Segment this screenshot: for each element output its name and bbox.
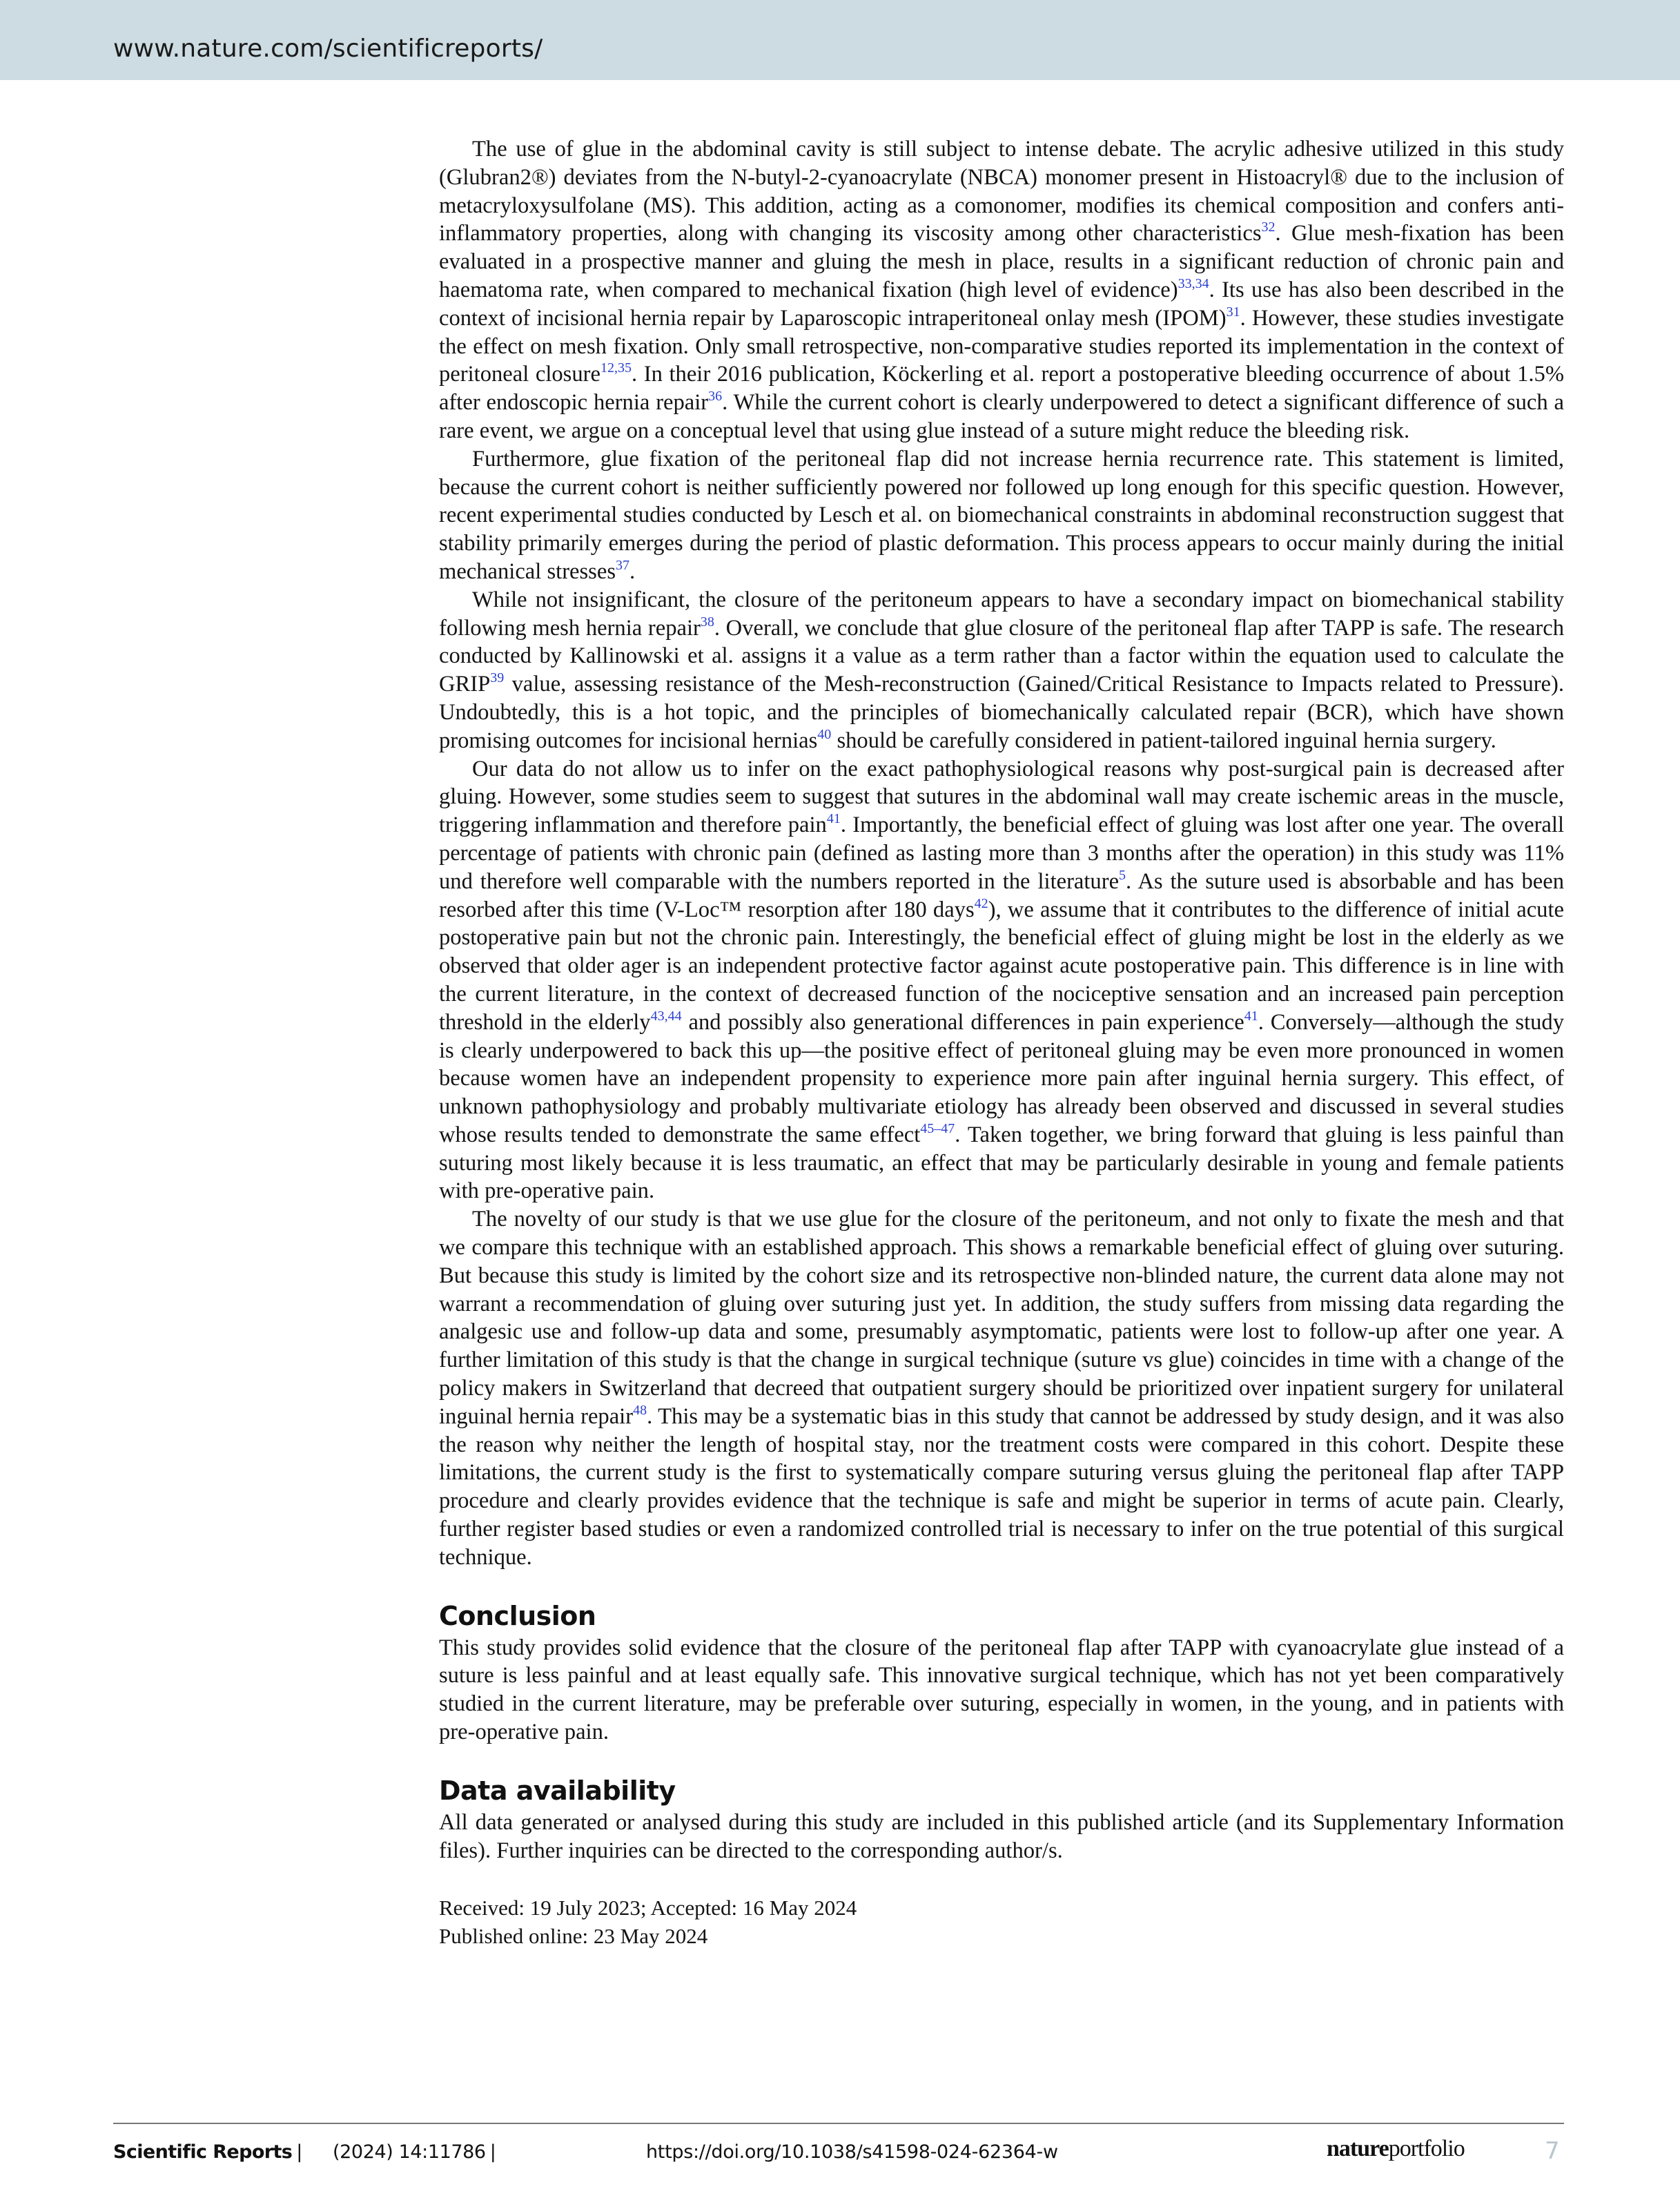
citation-link[interactable]: 41	[1244, 1009, 1258, 1024]
citation-link[interactable]: 48	[633, 1403, 647, 1418]
conclusion-heading: Conclusion	[439, 1601, 1564, 1631]
paragraph: Furthermore, glue fixation of the perito…	[439, 445, 1564, 586]
article-dates: Received: 19 July 2023; Accepted: 16 May…	[439, 1894, 1564, 1950]
site-url[interactable]: www.nature.com/scientificreports/	[113, 35, 543, 63]
conclusion-text: This study provides solid evidence that …	[439, 1634, 1564, 1746]
volume-info: (2024) 14:11786	[333, 2141, 486, 2163]
data-availability-text: All data generated or analysed during th…	[439, 1809, 1564, 1865]
data-availability-heading: Data availability	[439, 1775, 1564, 1806]
citation-link[interactable]: 42	[975, 896, 988, 911]
nature-portfolio-logo: natureportfolio	[1327, 2136, 1465, 2162]
citation-link[interactable]: 45–47	[920, 1121, 955, 1136]
citation-link[interactable]: 33,34	[1178, 276, 1209, 291]
paragraph: The use of glue in the abdominal cavity …	[439, 135, 1564, 445]
page-number: 7	[1545, 2137, 1560, 2165]
footer-volume: (2024) 14:11786|	[333, 2141, 496, 2163]
received-accepted-date: Received: 19 July 2023; Accepted: 16 May…	[439, 1894, 1564, 1922]
journal-name: Scientific Reports	[113, 2141, 292, 2163]
citation-link[interactable]: 43,44	[651, 1009, 682, 1024]
citation-link[interactable]: 5	[1119, 868, 1126, 883]
paragraph: While not insignificant, the closure of …	[439, 586, 1564, 755]
citation-link[interactable]: 41	[827, 811, 841, 826]
separator: |	[490, 2141, 496, 2163]
citation-link[interactable]: 32	[1262, 220, 1276, 235]
citation-link[interactable]: 12,35	[600, 360, 632, 376]
citation-link[interactable]: 39	[490, 670, 504, 685]
article-body: The use of glue in the abdominal cavity …	[439, 135, 1564, 1950]
separator: |	[296, 2141, 302, 2163]
discussion-paragraphs: The use of glue in the abdominal cavity …	[439, 135, 1564, 1572]
citation-link[interactable]: 40	[817, 727, 831, 742]
paragraph: Our data do not allow us to infer on the…	[439, 755, 1564, 1206]
doi-link[interactable]: https://doi.org/10.1038/s41598-024-62364…	[646, 2141, 1058, 2163]
logo-portfolio: portfolio	[1389, 2136, 1465, 2161]
paragraph: The novelty of our study is that we use …	[439, 1205, 1564, 1571]
footer-divider	[113, 2123, 1564, 2124]
citation-link[interactable]: 36	[708, 389, 722, 404]
citation-link[interactable]: 37	[616, 558, 629, 573]
published-date: Published online: 23 May 2024	[439, 1922, 1564, 1950]
footer-journal: Scientific Reports|	[113, 2141, 302, 2163]
logo-nature: nature	[1327, 2136, 1389, 2161]
citation-link[interactable]: 31	[1227, 304, 1240, 320]
citation-link[interactable]: 38	[701, 614, 714, 630]
